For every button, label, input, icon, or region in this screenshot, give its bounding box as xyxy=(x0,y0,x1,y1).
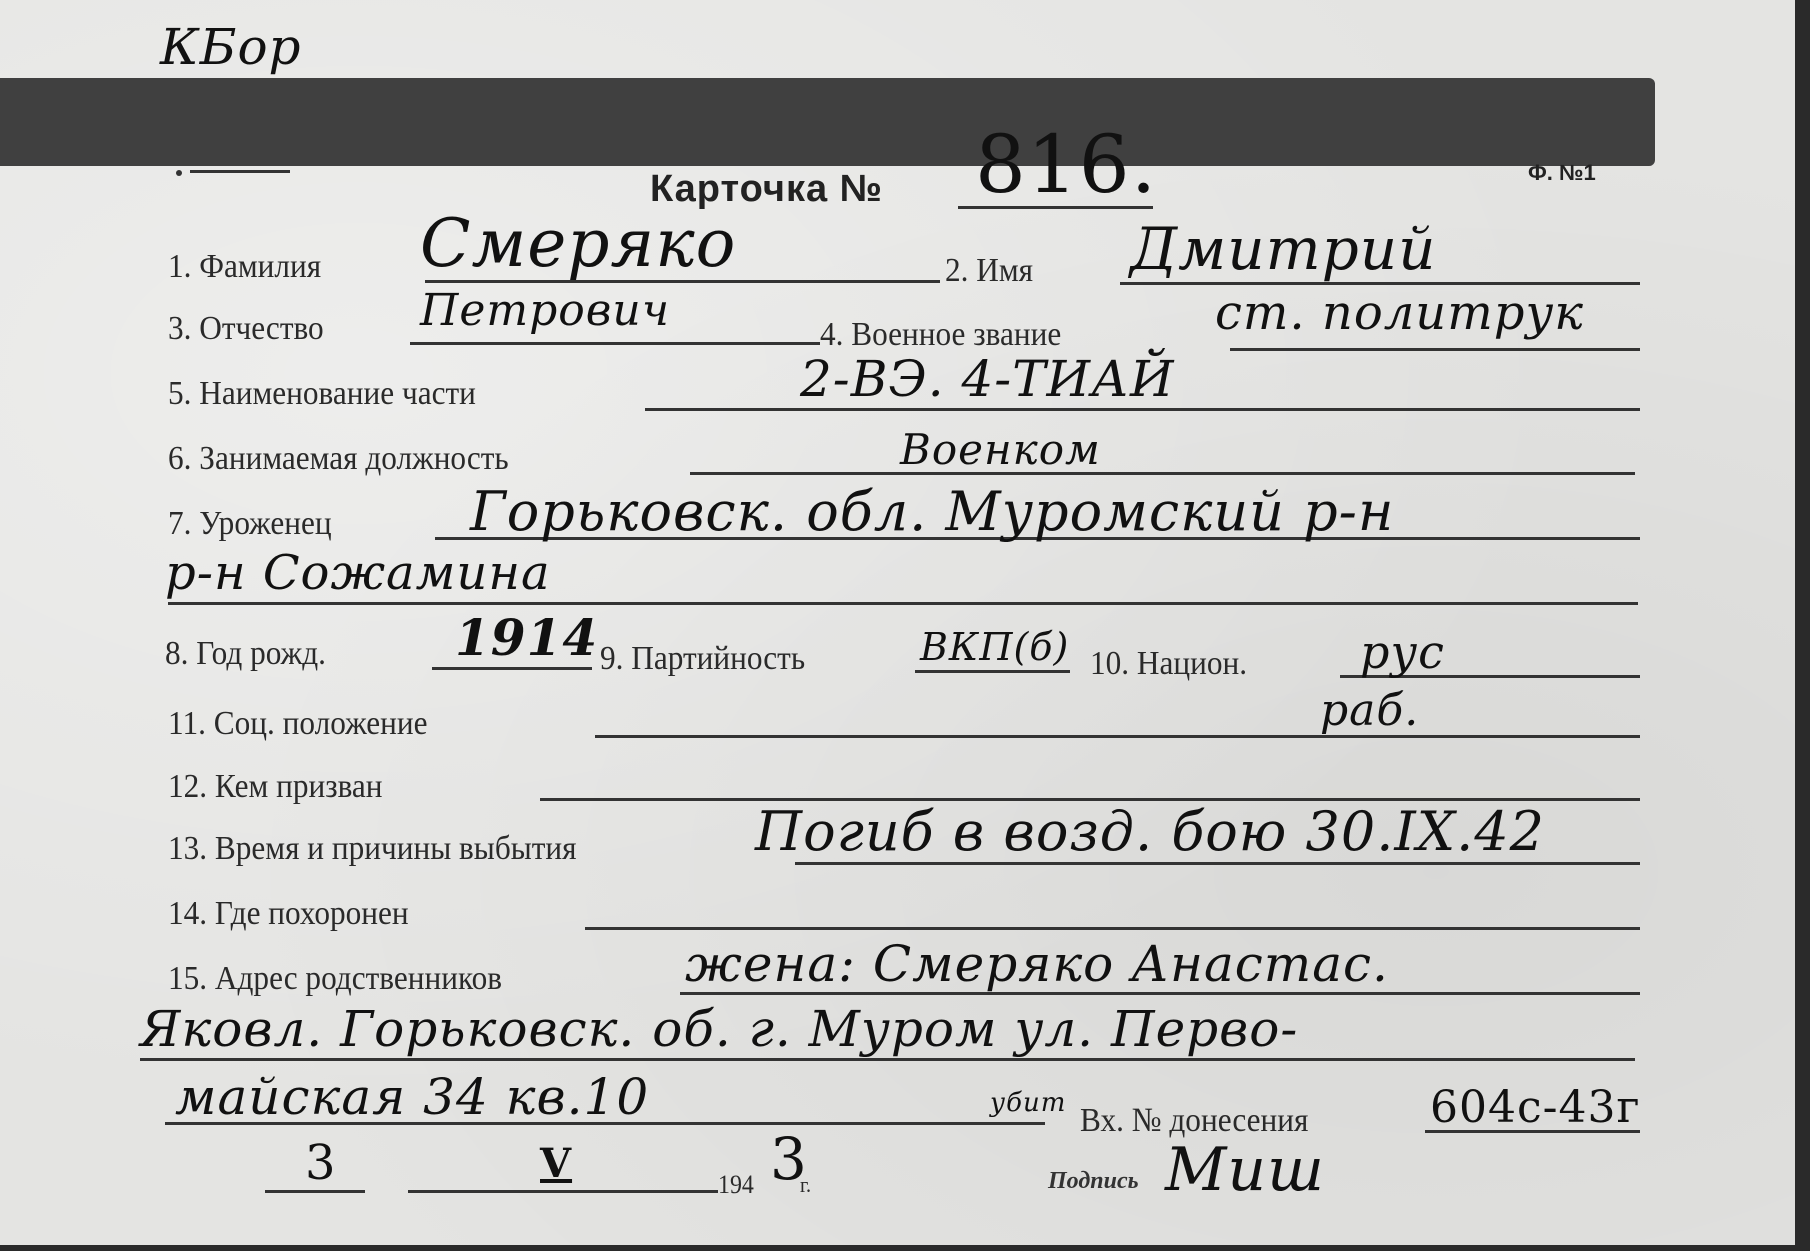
field-birthplace-line-2 xyxy=(168,602,1638,605)
field-social-status-line xyxy=(595,735,1640,738)
date-year-prefix: 194 xyxy=(718,1170,754,1200)
field-rank-label: 4. Военное звание xyxy=(820,316,1061,354)
field-burial-line xyxy=(585,927,1640,930)
date-month: V xyxy=(540,1140,572,1187)
field-unit-label: 5. Наименование части xyxy=(168,375,476,413)
field-birthplace-value-cont: р-н Сожамина xyxy=(165,545,551,601)
field-patronymic-value: Петрович xyxy=(420,285,670,336)
field-social-status-value: раб. xyxy=(1320,685,1419,736)
field-rank-line xyxy=(1230,348,1640,351)
field-birthyear-label: 8. Год рожд. xyxy=(165,635,326,673)
top-annotation: КБор xyxy=(160,18,302,76)
field-surname-value: Смеряко xyxy=(420,205,736,282)
field-relatives-address-value-cont1: Яковл. Горьковск. об. г. Муром ул. Перво… xyxy=(140,1000,1298,1058)
field-surname-label: 1. Фамилия xyxy=(168,248,321,286)
field-loss-reason-label: 13. Время и причины выбытия xyxy=(168,830,577,868)
field-birthyear-line xyxy=(432,667,592,670)
field-name-label: 2. Имя xyxy=(945,252,1033,290)
loss-record-card: КБор Карточка № 816. Ф. №1 1. Фамилия См… xyxy=(0,0,1795,1245)
field-birthplace-value: Горьковск. обл. Муромский р-н xyxy=(470,480,1394,543)
field-position-line xyxy=(690,472,1635,475)
date-day: 3 xyxy=(305,1135,337,1191)
field-birthplace-label: 7. Уроженец xyxy=(168,505,332,543)
field-loss-reason-value: Погиб в возд. бою 30.IX.42 xyxy=(755,800,1545,863)
mark-dash xyxy=(190,170,290,173)
field-nationality-value: рус xyxy=(1360,625,1445,679)
field-party-label: 9. Партийность xyxy=(600,640,805,678)
scan-edge-right xyxy=(1795,0,1810,1251)
field-relatives-address-label: 15. Адрес родственников xyxy=(168,960,502,998)
field-party-value: ВКП(б) xyxy=(920,625,1069,669)
field-nationality-label: 10. Национ. xyxy=(1090,645,1247,683)
field-position-label: 6. Занимаемая должность xyxy=(168,440,509,478)
redaction-band xyxy=(0,78,1655,166)
field-patronymic-line xyxy=(410,342,820,345)
field-birthyear-value: 1914 xyxy=(455,608,598,667)
date-suffix: г. xyxy=(800,1172,811,1198)
report-number-value: 604с-43г xyxy=(1430,1082,1641,1133)
report-marginal-note: убит xyxy=(990,1088,1066,1118)
field-unit-value: 2-ВЭ. 4-ТИАЙ xyxy=(800,350,1175,408)
form-number: Ф. №1 xyxy=(1528,160,1596,186)
field-party-line xyxy=(915,670,1070,673)
field-relatives-address-value: жена: Смеряко Анастас. xyxy=(685,935,1389,993)
signature-value: Миш xyxy=(1165,1135,1325,1205)
field-burial-label: 14. Где похоронен xyxy=(168,895,409,933)
field-relatives-address-value-cont2: майская 34 кв.10 xyxy=(175,1068,649,1126)
card-number: 816. xyxy=(975,118,1157,211)
field-rank-value: ст. политрук xyxy=(1215,285,1584,341)
field-relatives-address-line-2 xyxy=(140,1058,1635,1061)
field-unit-line xyxy=(645,408,1640,411)
mark-dot xyxy=(176,170,182,176)
field-social-status-label: 11. Соц. положение xyxy=(168,705,428,743)
signature-label: Подпись xyxy=(1048,1168,1139,1195)
scan-edge-bottom xyxy=(0,1245,1810,1251)
field-position-value: Военком xyxy=(900,425,1101,474)
field-drafted-by-label: 12. Кем призван xyxy=(168,768,383,806)
field-name-value: Дмитрий xyxy=(1130,215,1436,283)
date-month-line xyxy=(408,1190,718,1193)
field-patronymic-label: 3. Отчество xyxy=(168,310,324,348)
